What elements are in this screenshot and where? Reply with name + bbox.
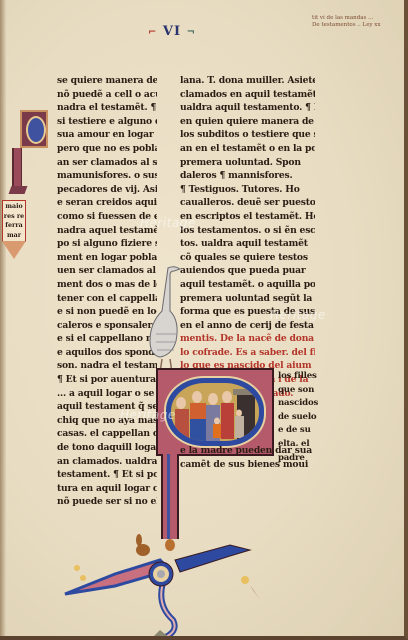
text-line: ualdra aquil testamento. ¶ Et [180, 101, 315, 115]
text-line: se quiere manera de los ditos [57, 74, 157, 88]
text-line: los subditos o testiere que se [180, 128, 315, 142]
text-line: clamados en aquil testamẽt. [180, 88, 315, 102]
text-line: aquil testamẽt. o aquilla po [180, 278, 315, 292]
text-line: los testamentos. o si ẽn escrip [180, 224, 315, 238]
text-line: cõ quales se quiere testos [180, 251, 315, 265]
border-flourish [55, 490, 285, 640]
running-head-right-mark: ¬ [187, 27, 196, 38]
rubric-line: ferra [3, 221, 25, 231]
text-line: pero que no es poblado. [57, 142, 157, 156]
rubric-line: mentis. De la nacẽ de dona [180, 332, 315, 346]
text-line: an ser clamados al su [57, 156, 157, 170]
initial-loop [26, 116, 46, 144]
text-line: premera uoluntad. Spon [180, 156, 315, 170]
annotation-line-2: De testamentos .. Ley xx [312, 22, 404, 29]
text-line: nascidos [278, 397, 318, 411]
text-line: los filles [278, 370, 318, 384]
text-line: pecadores de vij. Asimig [57, 183, 157, 197]
text-line: ment en logar poblado. de [57, 251, 157, 265]
text-line: en escriptos el testamẽt. Ho [180, 210, 315, 224]
text-line: si testiere e alguno de [57, 115, 157, 129]
text-line: caleros e sponsaleros. ¶ [57, 319, 157, 333]
top-right-annotation: tit vi de las mandas ... De testamentos … [312, 15, 404, 29]
text-line: daleros ¶ mannisfores. [180, 169, 315, 183]
text-line: que son [278, 384, 318, 398]
text-line: e si non puedẽ en logar de cate [57, 305, 157, 319]
text-line: an en el testamẽt o en la por [180, 142, 315, 156]
manuscript-page: ⌐ VI ¬ tit vi de las mandas ... De testa… [0, 0, 408, 640]
text-line: ¶ Testiguos. Tutores. Ho [180, 183, 315, 197]
text-line: caualleros. deuẽ ser puestos [180, 196, 315, 210]
watermark: Heritage [140, 216, 196, 230]
text-line: camẽt de sus bienes moui [180, 458, 315, 472]
text-line: tener con el cappellano. [57, 292, 157, 306]
rubric-line: mar [3, 231, 25, 241]
text-line: tos. ualdra aquil testamẽt [180, 237, 315, 251]
decorated-initial-f [20, 110, 48, 148]
text-line: uen ser clamados al su testa [57, 264, 157, 278]
watermark: Heritage [270, 308, 326, 322]
text-line: de tono daquill logar se [57, 441, 157, 455]
text-line: e de su [278, 424, 318, 438]
text-line: sua amour en logar [57, 128, 157, 142]
rubric-pendant [2, 241, 26, 259]
running-head: ⌐ VI ¬ [148, 24, 196, 39]
text-line: e la madre pueden dar sua [180, 444, 315, 458]
watermark: Heritage [120, 408, 176, 422]
text-line: e si el cappellano no pueto [57, 332, 157, 346]
heron-illustration [146, 264, 186, 374]
text-line: ... a aquil logar o se fazie [57, 387, 157, 401]
rubric-line: res re [3, 212, 25, 222]
marginal-rubric: maio res re ferra mar [2, 200, 26, 242]
annotation-line-1: tit vi de las mandas ... [312, 15, 404, 22]
text-line: testament. ¶ Et si pora auẽ [57, 468, 157, 482]
folio-numeral: VI [163, 24, 181, 39]
text-line: nadra el testamẽt. ¶ Et cõ [57, 101, 157, 115]
text-line: mamunisfores. o sus [57, 169, 157, 183]
initial-f-foot [9, 186, 28, 194]
text-line: ¶ Et si por auentura aquilla [57, 373, 157, 387]
text-column-left: se quiere manera de los ditos nõ puedẽ a… [57, 74, 157, 509]
text-column-bottom: e la madre pueden dar sua camẽt de sus b… [180, 444, 315, 471]
text-line: ment dos o mas de los que sean [57, 278, 157, 292]
text-line: po si alguno fiziere su testa [57, 237, 157, 251]
text-line: en quien quiere manera de [180, 115, 315, 129]
figures-scene [171, 383, 259, 441]
text-line: auiendos que pueda puar [180, 264, 315, 278]
historiated-scene [171, 383, 259, 441]
text-line: lana. T. dona muiller. Asiete [180, 74, 315, 88]
text-line: nõ puedẽ a cell o aculos et [57, 88, 157, 102]
text-line: e aquilos dos spondaleros. [57, 346, 157, 360]
rubric-line: maio [3, 202, 25, 212]
rubric-line: lo cofrade. Es a saber. del fil [180, 346, 315, 360]
text-line: an clamados. ualdra tal [57, 455, 157, 469]
text-line: de suelo [278, 411, 318, 425]
text-line: premera uoluntad segũt la [180, 292, 315, 306]
text-line: son. nadra el testamẽt. - [57, 359, 157, 373]
text-line: e seran creidos aquilos assi [57, 196, 157, 210]
running-head-left-mark: ⌐ [148, 27, 157, 38]
initial-bowl [164, 376, 266, 448]
text-column-right: lana. T. dona muiller. Asiete clamados e… [180, 74, 315, 400]
text-line: casas. el cappellan cõ un [57, 427, 157, 441]
